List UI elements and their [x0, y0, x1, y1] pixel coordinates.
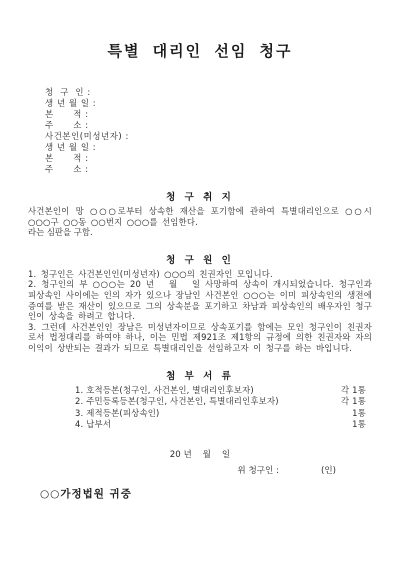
purpose-closing: 라는 심판을 구함. — [28, 227, 372, 238]
attachments-heading: 첨 부 서 류 — [28, 368, 372, 382]
cause-heading: 청 구 원 인 — [28, 252, 372, 266]
purpose-heading: 청 구 취 지 — [28, 189, 372, 203]
attachment-count: 각 1통 — [341, 396, 366, 408]
field-address: 주 소 : — [45, 120, 372, 131]
signature-label: 위 청구인 : — [237, 464, 279, 476]
date-line: 20 년 월 일 — [28, 448, 372, 460]
attachment-name: 3. 제적등본(피상속인) — [75, 408, 160, 420]
signature-line: 위 청구인 : (인) — [28, 464, 372, 476]
attachment-item: 1. 호적등본(청구인, 사건본인, 별대리인후보자) 각 1통 — [75, 385, 366, 397]
court-name: ○○가정법원 귀중 — [40, 486, 372, 501]
attachment-item: 3. 제적등본(피상속인) 1통 — [75, 408, 366, 420]
attachment-name: 2. 주민등록등본(청구인, 사건본인, 특별대리인후보자) — [75, 396, 279, 408]
seal-placeholder: (인) — [321, 464, 336, 476]
attachment-name: 1. 호적등본(청구인, 사건본인, 별대리인후보자) — [75, 385, 254, 397]
cause-paragraph-1: 1. 청구인은 사건본인인(미성년자) ○○○의 친권자인 모입니다. — [28, 269, 372, 280]
purpose-body: 사건본인이 망 ○○○로부터 상속한 재산을 포기함에 관하여 특별대리인으로 … — [28, 206, 372, 227]
field-address-2: 주 소 : — [45, 164, 372, 175]
field-petitioner: 청 구 인 : — [45, 87, 372, 98]
attachments-list: 1. 호적등본(청구인, 사건본인, 별대리인후보자) 각 1통 2. 주민등록… — [75, 385, 366, 431]
cause-paragraph-3: 3. 그런데 사건본인인 장남은 미성년자이므로 상속포기를 함에는 모인 청구… — [28, 322, 372, 354]
attachment-count: 각 1통 — [341, 385, 366, 397]
attachment-item: 4. 납부서 1통 — [75, 419, 366, 431]
field-birthdate-2: 생 년 월 일 : — [45, 142, 372, 153]
field-case-person: 사건본인(미성년자) : — [45, 131, 372, 142]
attachment-count: 1통 — [352, 419, 366, 431]
attachment-name: 4. 납부서 — [75, 419, 111, 431]
petitioner-fields: 청 구 인 : 생 년 월 일 : 본 적 : 주 소 : 사건본인(미성년자)… — [45, 87, 372, 175]
cause-paragraph-2: 2. 청구인의 부 ○○○는 20 년 월 일 사망하여 상속이 개시되었습니다… — [28, 279, 372, 321]
field-domicile-2: 본 적 : — [45, 153, 372, 164]
document-title: 특별 대리인 선임 청구 — [28, 40, 372, 61]
field-birthdate: 생 년 월 일 : — [45, 98, 372, 109]
attachment-item: 2. 주민등록등본(청구인, 사건본인, 특별대리인후보자) 각 1통 — [75, 396, 366, 408]
attachment-count: 1통 — [352, 408, 366, 420]
document-page: 특별 대리인 선임 청구 청 구 인 : 생 년 월 일 : 본 적 : 주 소… — [0, 0, 400, 561]
field-domicile: 본 적 : — [45, 109, 372, 120]
